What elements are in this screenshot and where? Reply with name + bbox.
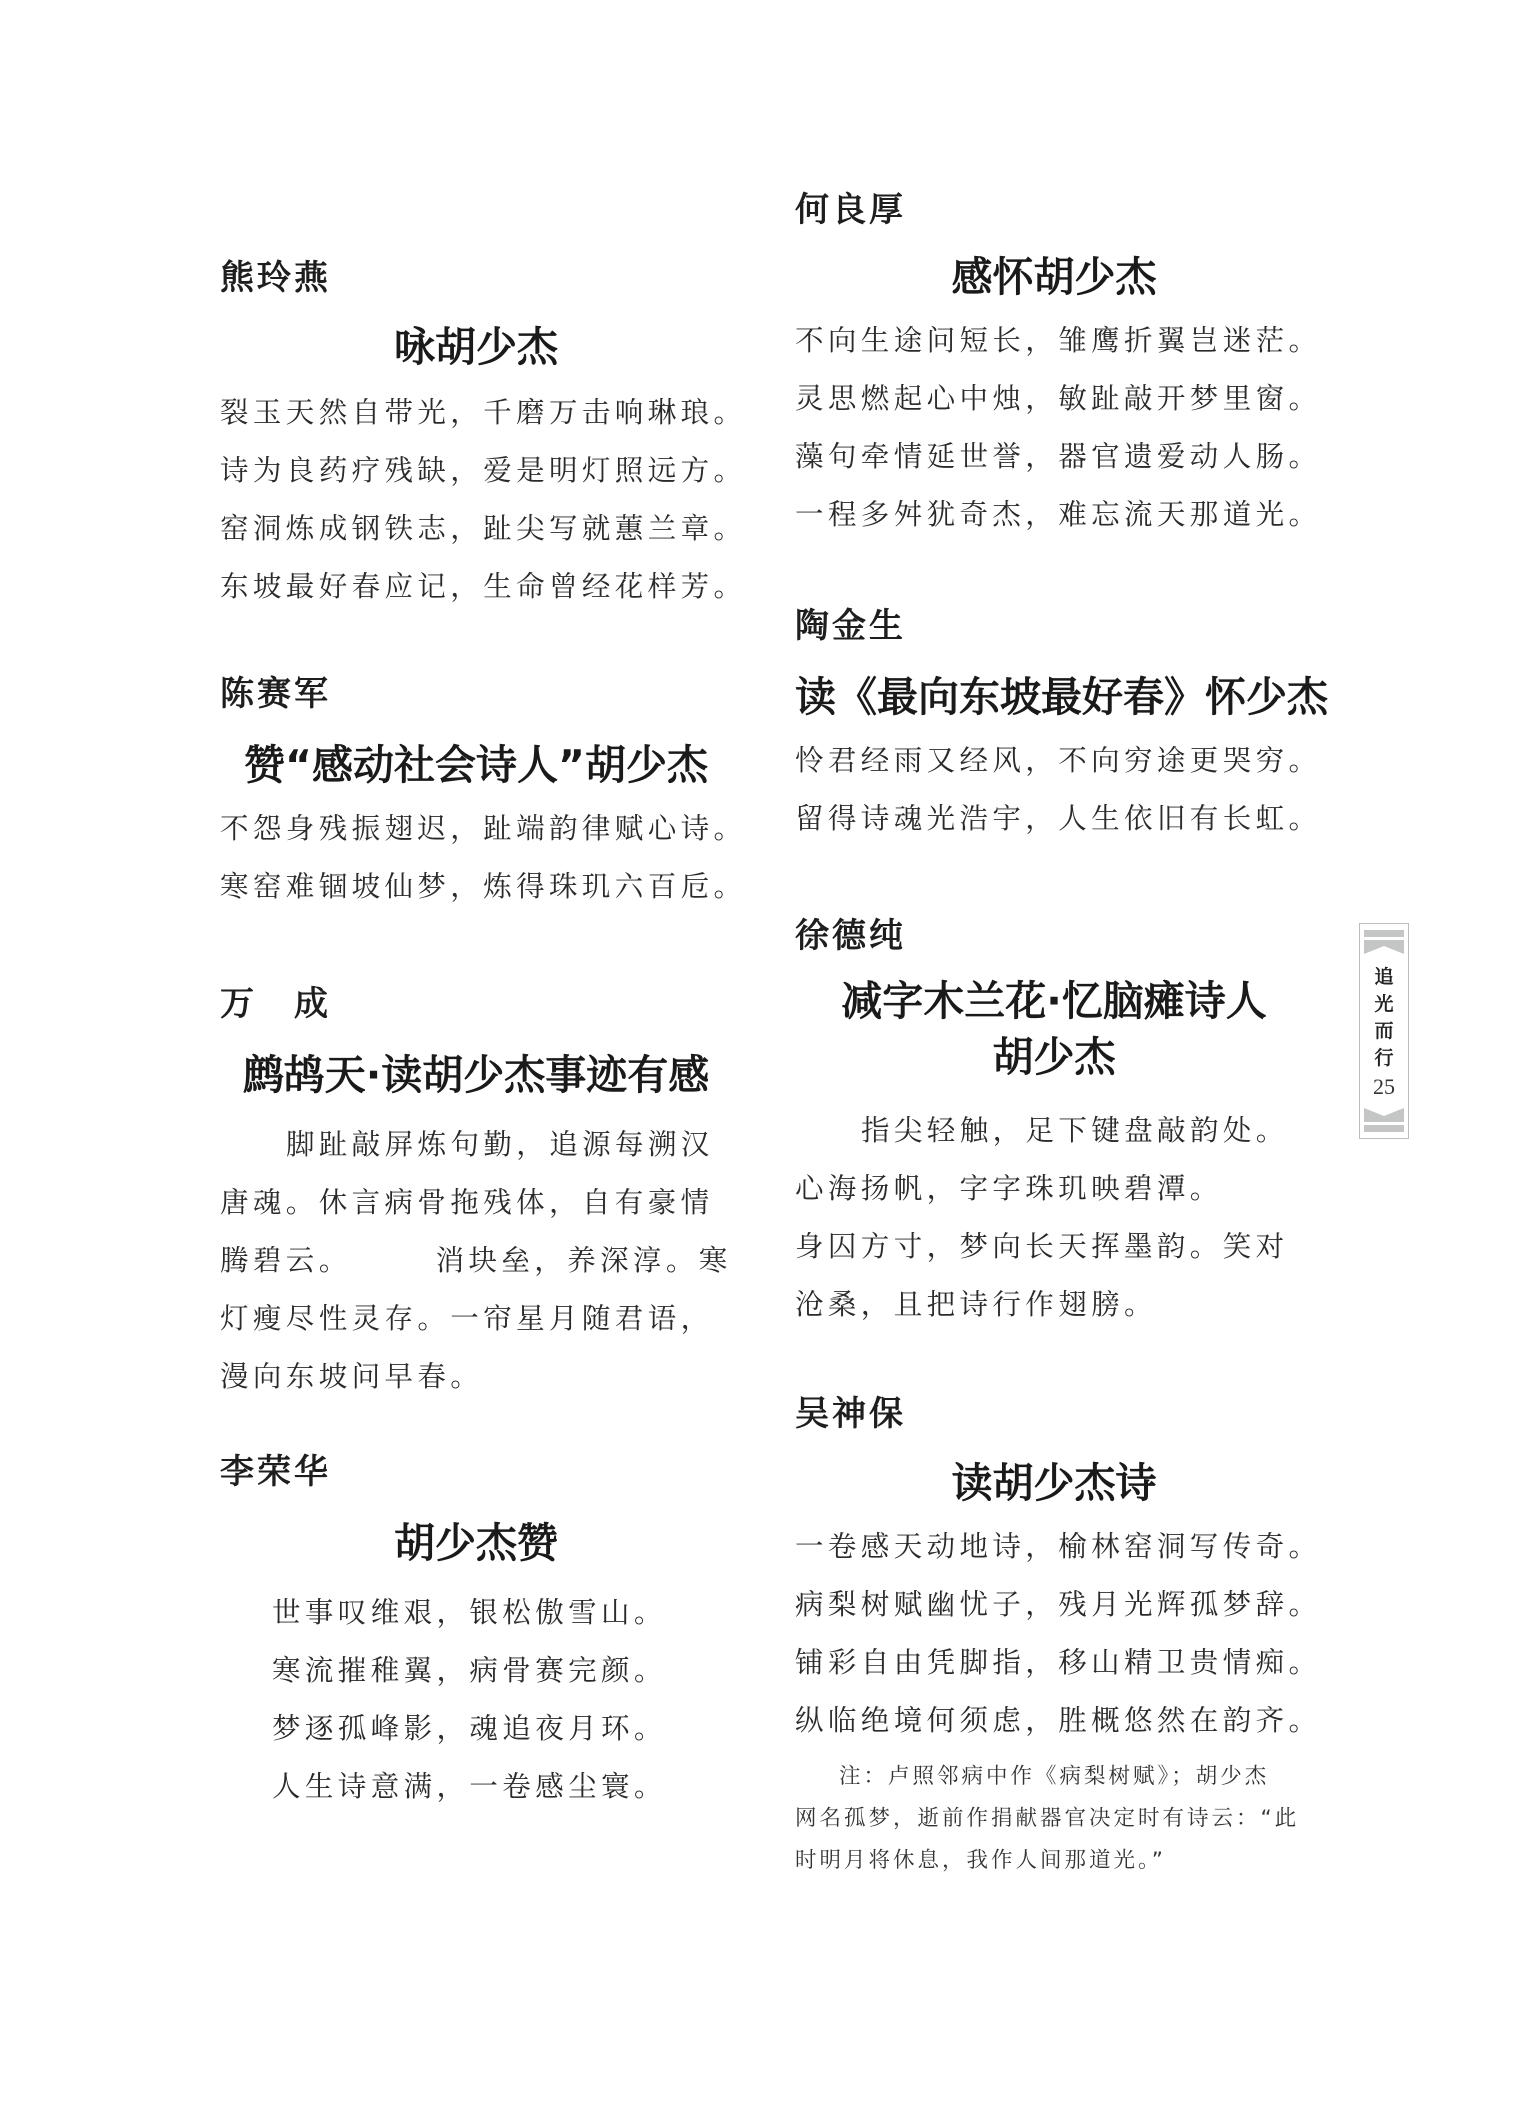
poem-line: 留得诗魂光浩宇，人生依旧有长虹。 [795, 790, 1313, 848]
poem-line: 东坡最好春应记，生命曾经花样芳。 [220, 558, 732, 616]
poem-line: 心海扬帆，字字珠玑映碧潭。 [795, 1160, 1313, 1218]
poem-author: 吴神保 [795, 1394, 1313, 1434]
poem-author: 熊玲燕 [220, 258, 732, 298]
poem-body: 裂玉天然自带光，千磨万击响琳琅。 诗为良药疗残缺，爱是明灯照远方。 窑洞炼成钢铁… [220, 384, 732, 616]
poem-line: 窑洞炼成钢铁志，趾尖写就蕙兰章。 [220, 500, 732, 558]
poem-author: 徐德纯 [795, 916, 1313, 956]
poem-line: 不怨身残振翅迟，趾端韵律赋心诗。 [220, 800, 732, 858]
chevron-banner-icon [1364, 940, 1404, 954]
poem-line: 世事叹维艰，银松傲雪山。 [272, 1584, 732, 1642]
poem-author: 万 成 [220, 984, 732, 1024]
footnote-line: 网名孤梦，逝前作捐献器官决定时有诗云：“此 [795, 1798, 1313, 1840]
chevron-banner-icon [1364, 1108, 1404, 1122]
poem-body: 指尖轻触，足下键盘敲韵处。 心海扬帆，字字珠玑映碧潭。 身囚方寸，梦向长天挥墨韵… [795, 1102, 1313, 1334]
poem-wan-cheng: 万 成 鹧鸪天·读胡少杰事迹有感 脚趾敲屏炼句勤，追源每溯汉 唐魂。休言病骨拖残… [220, 984, 732, 1406]
poem-line: 人生诗意满，一卷感尘寰。 [272, 1758, 732, 1816]
poem-title-line: 胡少杰 [795, 1030, 1313, 1084]
poem-title-line: 减字木兰花·忆脑瘫诗人 [795, 974, 1313, 1028]
page-number: 25 [1360, 1074, 1408, 1100]
poem-body: 一卷感天动地诗，榆林窑洞写传奇。 病梨树赋幽忧子，残月光辉孤梦辞。 铺彩自由凭脚… [795, 1518, 1313, 1750]
poem-line: 诗为良药疗残缺，爱是明灯照远方。 [220, 442, 732, 500]
poem-line: 寒窑难锢坡仙梦，炼得珠玑六百卮。 [220, 858, 732, 916]
running-title-char: 行 [1360, 1045, 1408, 1072]
poem-line: 灵思燃起心中烛，敏趾敲开梦里窗。 [795, 370, 1313, 428]
poem-title: 赞“感动社会诗人”胡少杰 [220, 738, 732, 792]
poem-li-ronghua: 李荣华 胡少杰赞 世事叹维艰，银松傲雪山。 寒流摧稚翼，病骨赛完颜。 梦逐孤峰影… [220, 1452, 732, 1816]
poem-line: 指尖轻触，足下键盘敲韵处。 [795, 1102, 1313, 1160]
poem-line: 腾碧云。消块垒，养深淳。寒 [220, 1232, 732, 1290]
tab-bar-bottom [1364, 1125, 1404, 1132]
poem-line: 唐魂。休言病骨拖残体，自有豪情 [220, 1174, 732, 1232]
poem-title: 读胡少杰诗 [795, 1456, 1313, 1510]
poem-line: 怜君经雨又经风，不向穷途更哭穷。 [795, 732, 1313, 790]
footnote: 注：卢照邻病中作《病梨树赋》；胡少杰 网名孤梦，逝前作捐献器官决定时有诗云：“此… [795, 1756, 1313, 1882]
poem-line: 寒流摧稚翼，病骨赛完颜。 [272, 1642, 732, 1700]
poem-line: 纵临绝境何须虑，胜概悠然在韵齐。 [795, 1692, 1313, 1750]
poem-xu-dechun: 徐德纯 减字木兰花·忆脑瘫诗人 胡少杰 指尖轻触，足下键盘敲韵处。 心海扬帆，字… [795, 916, 1313, 1334]
poem-he-lianghou: 何良厚 感怀胡少杰 不向生途问短长，雏鹰折翼岂迷茫。 灵思燃起心中烛，敏趾敲开梦… [795, 190, 1313, 544]
poem-line-part: 消块垒，养深淳。寒 [436, 1244, 732, 1277]
footnote-line: 注：卢照邻病中作《病梨树赋》；胡少杰 [795, 1756, 1313, 1798]
poem-chen-saijun: 陈赛军 赞“感动社会诗人”胡少杰 不怨身残振翅迟，趾端韵律赋心诗。 寒窑难锢坡仙… [220, 674, 732, 916]
running-title-char: 追 [1360, 964, 1408, 991]
poem-line: 不向生途问短长，雏鹰折翼岂迷茫。 [795, 312, 1313, 370]
running-title-char: 光 [1360, 991, 1408, 1018]
poem-line: 一卷感天动地诗，榆林窑洞写传奇。 [795, 1518, 1313, 1576]
poem-body: 脚趾敲屏炼句勤，追源每溯汉 唐魂。休言病骨拖残体，自有豪情 腾碧云。消块垒，养深… [220, 1116, 732, 1406]
poem-line: 裂玉天然自带光，千磨万击响琳琅。 [220, 384, 732, 442]
poem-body: 怜君经雨又经风，不向穷途更哭穷。 留得诗魂光浩宇，人生依旧有长虹。 [795, 732, 1313, 848]
poem-title: 咏胡少杰 [220, 320, 732, 374]
poem-line: 铺彩自由凭脚指，移山精卫贵情痴。 [795, 1634, 1313, 1692]
poem-line: 一程多舛犹奇杰，难忘流天那道光。 [795, 486, 1313, 544]
poem-body: 不怨身残振翅迟，趾端韵律赋心诗。 寒窑难锢坡仙梦，炼得珠玑六百卮。 [220, 800, 732, 916]
tab-bar-top [1364, 930, 1404, 937]
poem-title: 胡少杰赞 [220, 1516, 732, 1570]
poem-xiong-lingyan: 熊玲燕 咏胡少杰 裂玉天然自带光，千磨万击响琳琅。 诗为良药疗残缺，爱是明灯照远… [220, 258, 732, 616]
poem-line: 病梨树赋幽忧子，残月光辉孤梦辞。 [795, 1576, 1313, 1634]
poem-tao-jinsheng: 陶金生 读《最向东坡最好春》怀少杰 怜君经雨又经风，不向穷途更哭穷。 留得诗魂光… [795, 606, 1313, 848]
running-title-char: 而 [1360, 1018, 1408, 1045]
poem-author: 陶金生 [795, 606, 1313, 646]
poem-title: 感怀胡少杰 [795, 250, 1313, 304]
poem-title: 鹧鸪天·读胡少杰事迹有感 [220, 1048, 732, 1102]
poem-body: 世事叹维艰，银松傲雪山。 寒流摧稚翼，病骨赛完颜。 梦逐孤峰影，魂追夜月环。 人… [220, 1584, 732, 1816]
poem-line: 梦逐孤峰影，魂追夜月环。 [272, 1700, 732, 1758]
poem-author: 何良厚 [795, 190, 1313, 230]
running-title: 追 光 而 行 [1360, 964, 1408, 1072]
poem-wu-shenbao: 吴神保 读胡少杰诗 一卷感天动地诗，榆林窑洞写传奇。 病梨树赋幽忧子，残月光辉孤… [795, 1394, 1313, 1882]
footnote-line: 时明月将休息，我作人间那道光。” [795, 1840, 1313, 1882]
poem-line: 脚趾敲屏炼句勤，追源每溯汉 [220, 1116, 732, 1174]
poem-author: 陈赛军 [220, 674, 732, 714]
poem-line-part: 腾碧云。 [220, 1244, 352, 1277]
poem-line: 灯瘦尽性灵存。一帘星月随君语， [220, 1290, 732, 1348]
poem-line: 漫向东坡问早春。 [220, 1348, 732, 1406]
poem-body: 不向生途问短长，雏鹰折翼岂迷茫。 灵思燃起心中烛，敏趾敲开梦里窗。 藻句牵情延世… [795, 312, 1313, 544]
side-thumb-tab: 追 光 而 行 25 [1359, 923, 1409, 1139]
poem-line: 沧桑，且把诗行作翅膀。 [795, 1276, 1313, 1334]
poem-line: 藻句牵情延世誉，器官遗爱动人肠。 [795, 428, 1313, 486]
poem-line: 身囚方寸，梦向长天挥墨韵。笑对 [795, 1218, 1313, 1276]
poem-author: 李荣华 [220, 1452, 732, 1492]
poem-title: 读《最向东坡最好春》怀少杰 [795, 670, 1313, 724]
